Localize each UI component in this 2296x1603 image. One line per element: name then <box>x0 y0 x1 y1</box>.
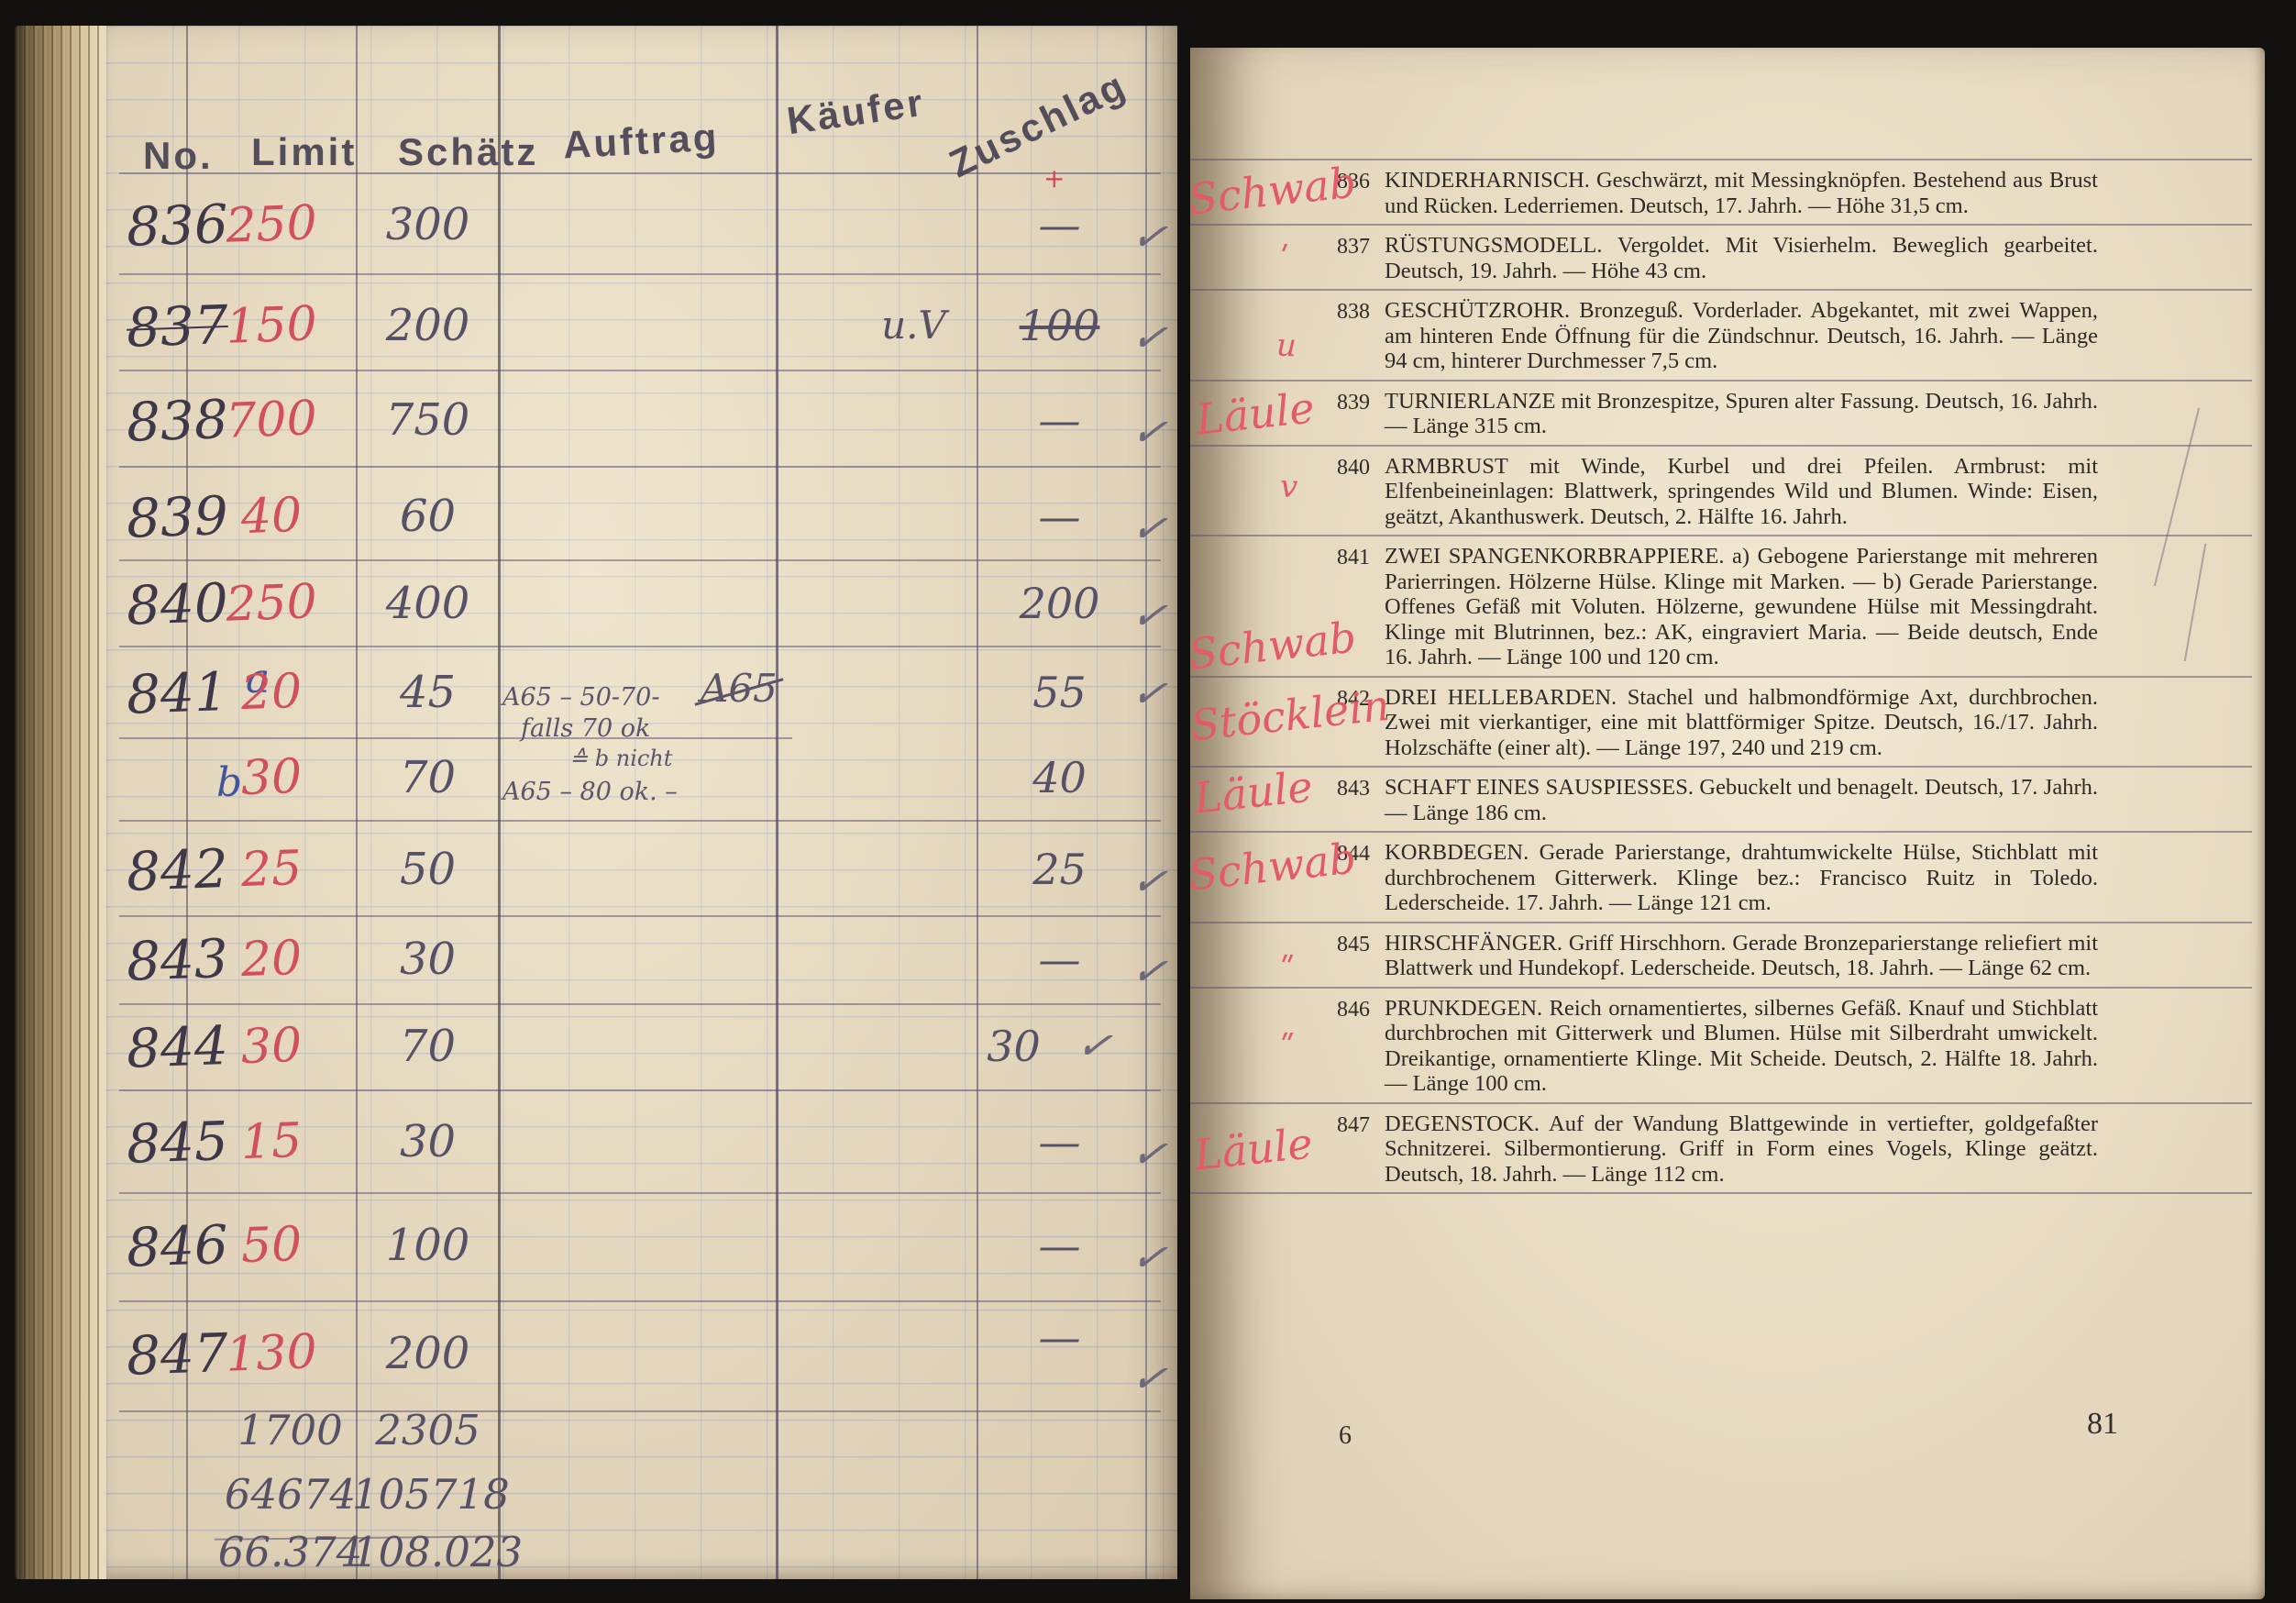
ledger-row-844: 844 30 70 30 ✓ <box>106 1005 1177 1088</box>
hammer-price: 25 <box>979 828 1140 911</box>
estimate-grand-total: 108.023 <box>352 1511 503 1594</box>
hammer-price: 40 <box>979 736 1140 819</box>
entry-text: KINDERHARNISCH. Geschwärzt, mit Messingk… <box>1385 168 2098 218</box>
ledger-row-843: 843 20 30 — ✓ <box>106 918 1177 1000</box>
estimate-value: 70 <box>361 1005 494 1088</box>
checkmark-icon: ✓ <box>1126 649 1192 738</box>
ledger-row-841a: 841 a 20 45 A65 – 50-70- A65 falls 70 ok… <box>106 651 1177 734</box>
margin-note: v <box>1279 468 1298 505</box>
estimate-value: 100 <box>361 1204 494 1287</box>
catalog-entry-842: Stöcklein 842 DREI HELLEBARDEN. Stachel … <box>1190 676 2252 767</box>
margin-note: Schwab <box>1187 158 1359 225</box>
entry-text: GESCHÜTZROHR. Bronzeguß. Vorderlader. Ab… <box>1385 298 2098 374</box>
estimate-value: 60 <box>361 475 494 558</box>
entry-text: PRUNKDEGEN. Reich ornamentiertes, silber… <box>1385 996 2098 1097</box>
hammer-price: — <box>979 1296 1140 1378</box>
catalog-entry-844: Schwab 844 KORBDEGEN. Gerade Parierstang… <box>1190 831 2252 922</box>
hammer-price: — <box>979 1204 1140 1287</box>
checkmark-icon: ✓ <box>1126 1213 1192 1302</box>
hammer-price-struck: 100 <box>979 284 1140 367</box>
checkmark-icon: ✓ <box>1126 293 1192 382</box>
catalog-entries: Schwab 836 KINDERHARNISCH. Geschwärzt, m… <box>1190 159 2252 1194</box>
entry-text: RÜSTUNGSMODELL. Vergoldet. Mit Visierhel… <box>1385 233 2098 283</box>
margin-note: Stöcklein <box>1188 680 1392 749</box>
header-zuschlag: Zuschlag <box>943 63 1133 186</box>
checkmark-icon: ✓ <box>1126 571 1192 660</box>
entry-number: 843 <box>1308 777 1370 801</box>
ledger-page: No. Limit Schätz Auftrag Käufer Zuschlag… <box>15 26 1177 1579</box>
header-schaetz: Schätz <box>398 130 538 174</box>
entry-number: 840 <box>1308 456 1370 481</box>
header-limit: Limit <box>251 130 357 174</box>
checkmark-icon: ✓ <box>1126 927 1192 1016</box>
checkmark-icon: ✓ <box>1126 193 1192 282</box>
ledger-row-840: 840 250 400 200 ✓ <box>106 562 1177 645</box>
limit-value: 130 <box>192 1310 350 1398</box>
entry-number: 845 <box>1308 933 1370 957</box>
hammer-price: 55 <box>979 651 1140 734</box>
catalog-entry-837: ʹ 837 RÜSTUNGSMODELL. Vergoldet. Mit Vis… <box>1190 224 2252 289</box>
limit-value: 20 <box>192 915 350 1003</box>
header-auftrag: Auftrag <box>562 116 721 168</box>
entry-text: TURNIERLANZE mit Bronzespitze, Spuren al… <box>1385 389 2098 439</box>
entry-number: 841 <box>1308 546 1370 570</box>
entry-number: 846 <box>1308 998 1370 1023</box>
buyer-note: u.V <box>829 284 999 367</box>
limit-value: 30 <box>192 1002 350 1090</box>
limit-value: 30 <box>192 734 350 822</box>
margin-note: Läule <box>1194 382 1317 444</box>
limit-value: 20 <box>192 648 350 736</box>
margin-note: ʺ <box>1279 950 1295 988</box>
catalog-entry-846: ʺ 846 PRUNKDEGEN. Reich ornamentiertes, … <box>1190 987 2252 1102</box>
book-scan: No. Limit Schätz Auftrag Käufer Zuschlag… <box>0 0 2296 1603</box>
margin-note: ʺ <box>1279 1028 1295 1066</box>
catalog-entry-843: Läule 843 SCHAFT EINES SAUSPIESSES. Gebu… <box>1190 766 2252 831</box>
checkmark-icon: ✓ <box>1126 388 1192 477</box>
catalog-page: Schwab 836 KINDERHARNISCH. Geschwärzt, m… <box>1190 48 2265 1599</box>
page-number: 81 <box>2087 1407 2118 1442</box>
sheet-number: 6 <box>1339 1421 1352 1451</box>
entry-text: SCHAFT EINES SAUSPIESSES. Gebuckelt und … <box>1385 775 2098 825</box>
estimate-value: 400 <box>361 562 494 645</box>
checkmark-icon: ✓ <box>1126 1110 1192 1199</box>
ledger-row-842: 842 25 50 25 ✓ <box>106 828 1177 911</box>
hammer-price: — <box>979 183 1140 266</box>
margin-note: Schwab <box>1187 834 1359 901</box>
limit-value: 250 <box>192 559 350 647</box>
ledger-row-839: 839 40 60 — ✓ <box>106 475 1177 558</box>
ledger-row-841b: b 30 70 A65 – 80 ok. – 40 <box>106 736 1177 819</box>
hammer-price: — <box>979 1100 1140 1183</box>
estimate-value: 300 <box>361 183 494 266</box>
margin-note: Schwab <box>1187 613 1359 680</box>
entry-number: 837 <box>1308 235 1370 260</box>
entry-text: DREI HELLEBARDEN. Stachel und halbmondfö… <box>1385 685 2098 761</box>
catalog-entry-836: Schwab 836 KINDERHARNISCH. Geschwärzt, m… <box>1190 159 2252 224</box>
entry-text: ZWEI SPANGENKORBRAPPIERE. a) Gebogene Pa… <box>1385 544 2098 670</box>
entry-number: 847 <box>1308 1113 1370 1138</box>
estimate-value: 70 <box>361 736 494 819</box>
catalog-entry-838: u 838 GESCHÜTZROHR. Bronzeguß. Vorderlad… <box>1190 289 2252 380</box>
margin-note: Läule <box>1192 1118 1315 1179</box>
limit-value: 250 <box>192 181 350 269</box>
auftrag-note-struck: A65 <box>701 647 778 730</box>
ledger-row-846: 846 50 100 — ✓ <box>106 1204 1177 1287</box>
estimate-value: 200 <box>361 1312 494 1395</box>
estimate-value: 45 <box>361 651 494 734</box>
estimate-value: 750 <box>361 379 494 461</box>
totals-row-sum: 66.374 108.023 <box>106 1511 1177 1594</box>
margin-note: u <box>1275 327 1297 365</box>
header-kaeufer: Käufer <box>784 81 927 144</box>
hammer-price: 200 <box>979 562 1140 645</box>
limit-value: 150 <box>192 282 350 370</box>
catalog-entry-839: Läule 839 TURNIERLANZE mit Bronzespitze,… <box>1190 380 2252 445</box>
entry-number: 839 <box>1308 391 1370 415</box>
hammer-price: 30 <box>933 1005 1094 1088</box>
catalog-entry-841: Schwab 841 ZWEI SPANGENKORBRAPPIERE. a) … <box>1190 535 2252 676</box>
ledger-row-838: 838 700 750 — ✓ <box>106 379 1177 461</box>
entry-text: ARMBRUST mit Winde, Kurbel und drei Pfei… <box>1385 454 2098 530</box>
estimate-value: 30 <box>361 1100 494 1183</box>
hammer-price: — <box>979 475 1140 558</box>
limit-grand-total: 66.374 <box>205 1511 375 1594</box>
page-stack-edge <box>15 26 108 1579</box>
margin-note: ʹ <box>1279 240 1289 277</box>
estimate-value: 200 <box>361 284 494 367</box>
entry-number: 838 <box>1308 300 1370 325</box>
estimate-value: 30 <box>361 918 494 1000</box>
entry-text: KORBDEGEN. Gerade Parierstange, drahtumw… <box>1385 840 2098 916</box>
checkmark-icon: ✓ <box>1126 484 1192 573</box>
ledger-row-836: 836 250 300 — ✓ <box>106 183 1177 266</box>
estimate-value: 50 <box>361 828 494 911</box>
ledger-paper: No. Limit Schätz Auftrag Käufer Zuschlag… <box>106 26 1177 1579</box>
limit-value: 700 <box>192 376 350 464</box>
catalog-entry-845: ʺ 845 HIRSCHFÄNGER. Griff Hirschhorn. Ge… <box>1190 922 2252 987</box>
hammer-price: — <box>979 379 1140 461</box>
auftrag-note: A65 – 80 ok. – <box>502 751 678 834</box>
entry-text: HIRSCHFÄNGER. Griff Hirschhorn. Gerade B… <box>1385 931 2098 981</box>
catalog-entry-847: Läule 847 DEGENSTOCK. Auf der Wandung Bl… <box>1190 1102 2252 1195</box>
ledger-row-847: 847 130 200 — ✓ <box>106 1312 1177 1395</box>
checkmark-icon: ✓ <box>1126 837 1192 926</box>
hammer-price: — <box>979 918 1140 1000</box>
checkmark-icon: ✓ <box>1071 1001 1137 1090</box>
ledger-row-837: 837 150 200 u.V 100 ✓ <box>106 284 1177 367</box>
entry-text: DEGENSTOCK. Auf der Wandung Blattgewinde… <box>1385 1111 2098 1188</box>
limit-value: 40 <box>192 472 350 560</box>
header-no: No. <box>143 134 214 178</box>
limit-value: 15 <box>192 1098 350 1186</box>
limit-value: 25 <box>192 825 350 913</box>
catalog-entry-840: v 840 ARMBRUST mit Winde, Kurbel und dre… <box>1190 445 2252 536</box>
limit-value: 50 <box>192 1201 350 1289</box>
ledger-row-845: 845 15 30 — ✓ <box>106 1100 1177 1183</box>
margin-note: Läule <box>1192 761 1315 823</box>
